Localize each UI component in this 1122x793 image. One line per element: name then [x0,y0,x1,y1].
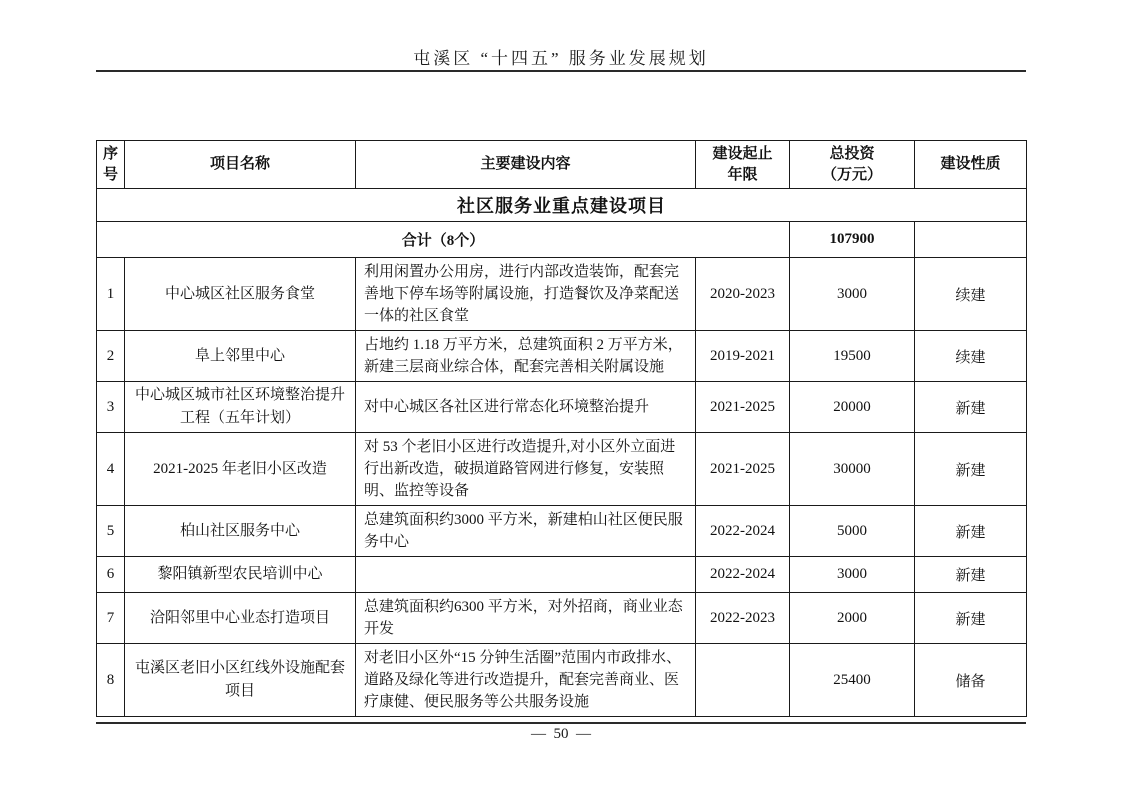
row-investment: 2000 [790,593,915,644]
row-investment: 25400 [790,644,915,717]
projects-table: 序 号 项目名称 主要建设内容 建设起止 年限 总投资 （万元） 建设性质 社区… [96,140,1027,717]
row-project-name: 屯溪区老旧小区红线外设施配套项目 [125,644,356,717]
document-header-title: 屯溪区 “十四五” 服务业发展规划 [0,44,1122,69]
row-no: 7 [97,593,125,644]
row-years: 2020-2023 [696,258,790,331]
table-header-row: 序 号 项目名称 主要建设内容 建设起止 年限 总投资 （万元） 建设性质 [97,141,1027,189]
row-investment: 30000 [790,433,915,506]
row-nature: 新建 [915,382,1027,433]
row-main-content: 利用闲置办公用房，进行内部改造装饰，配套完善地下停车场等附属设施，打造餐饮及净菜… [356,258,696,331]
row-main-content: 对 53 个老旧小区进行改造提升,对小区外立面进行出新改造，破损道路管网进行修复… [356,433,696,506]
row-nature: 续建 [915,331,1027,382]
table-row: 4 2021-2025 年老旧小区改造 对 53 个老旧小区进行改造提升,对小区… [97,433,1027,506]
row-years: 2022-2024 [696,506,790,557]
row-years [696,644,790,717]
row-no: 5 [97,506,125,557]
row-no: 3 [97,382,125,433]
header-rule [96,70,1026,72]
row-project-name: 黎阳镇新型农民培训中心 [125,557,356,593]
table-row: 8 屯溪区老旧小区红线外设施配套项目 对老旧小区外“15 分钟生活圈”范围内市政… [97,644,1027,717]
row-project-name: 2021-2025 年老旧小区改造 [125,433,356,506]
row-project-name: 柏山社区服务中心 [125,506,356,557]
total-row: 合计（8个） 107900 [97,222,1027,258]
total-investment: 107900 [790,222,915,258]
row-investment: 3000 [790,557,915,593]
row-investment: 5000 [790,506,915,557]
row-no: 6 [97,557,125,593]
row-nature: 新建 [915,433,1027,506]
row-years: 2019-2021 [696,331,790,382]
col-header-investment: 总投资 （万元） [790,141,915,189]
total-label: 合计（8个） [97,222,790,258]
row-nature: 续建 [915,258,1027,331]
row-no: 8 [97,644,125,717]
row-years: 2022-2023 [696,593,790,644]
row-project-name: 中心城区社区服务食堂 [125,258,356,331]
col-header-nature: 建设性质 [915,141,1027,189]
col-header-main-content: 主要建设内容 [356,141,696,189]
row-years: 2021-2025 [696,433,790,506]
col-header-project-name: 项目名称 [125,141,356,189]
footer-rule [96,722,1026,724]
table-row: 3 中心城区城市社区环境整治提升工程（五年计划） 对中心城区各社区进行常态化环境… [97,382,1027,433]
row-project-name: 洽阳邻里中心业态打造项目 [125,593,356,644]
table-row: 7 洽阳邻里中心业态打造项目 总建筑面积约6300 平方米，对外招商，商业业态开… [97,593,1027,644]
row-no: 2 [97,331,125,382]
col-header-years: 建设起止 年限 [696,141,790,189]
document-page: 屯溪区 “十四五” 服务业发展规划 序 号 项目名称 主要建设内容 建设起止 年… [0,0,1122,793]
table-row: 1 中心城区社区服务食堂 利用闲置办公用房，进行内部改造装饰，配套完善地下停车场… [97,258,1027,331]
row-main-content [356,557,696,593]
section-title: 社区服务业重点建设项目 [97,189,1027,222]
row-investment: 20000 [790,382,915,433]
row-main-content: 总建筑面积约6300 平方米，对外招商，商业业态开发 [356,593,696,644]
row-years: 2021-2025 [696,382,790,433]
row-no: 4 [97,433,125,506]
row-nature: 储备 [915,644,1027,717]
row-nature: 新建 [915,506,1027,557]
table-row: 2 阜上邻里中心 占地约 1.18 万平方米，总建筑面积 2 万平方米，新建三层… [97,331,1027,382]
page-number: — 50 — [0,726,1122,743]
row-project-name: 中心城区城市社区环境整治提升工程（五年计划） [125,382,356,433]
row-nature: 新建 [915,593,1027,644]
row-project-name: 阜上邻里中心 [125,331,356,382]
total-nature [915,222,1027,258]
row-main-content: 对中心城区各社区进行常态化环境整治提升 [356,382,696,433]
row-investment: 3000 [790,258,915,331]
row-main-content: 占地约 1.18 万平方米，总建筑面积 2 万平方米，新建三层商业综合体，配套完… [356,331,696,382]
section-title-row: 社区服务业重点建设项目 [97,189,1027,222]
row-years: 2022-2024 [696,557,790,593]
table-row: 6 黎阳镇新型农民培训中心 2022-2024 3000 新建 [97,557,1027,593]
table-row: 5 柏山社区服务中心 总建筑面积约3000 平方米，新建柏山社区便民服务中心 2… [97,506,1027,557]
row-main-content: 对老旧小区外“15 分钟生活圈”范围内市政排水、道路及绿化等进行改造提升，配套完… [356,644,696,717]
row-nature: 新建 [915,557,1027,593]
row-main-content: 总建筑面积约3000 平方米，新建柏山社区便民服务中心 [356,506,696,557]
col-header-no: 序 号 [97,141,125,189]
row-no: 1 [97,258,125,331]
row-investment: 19500 [790,331,915,382]
